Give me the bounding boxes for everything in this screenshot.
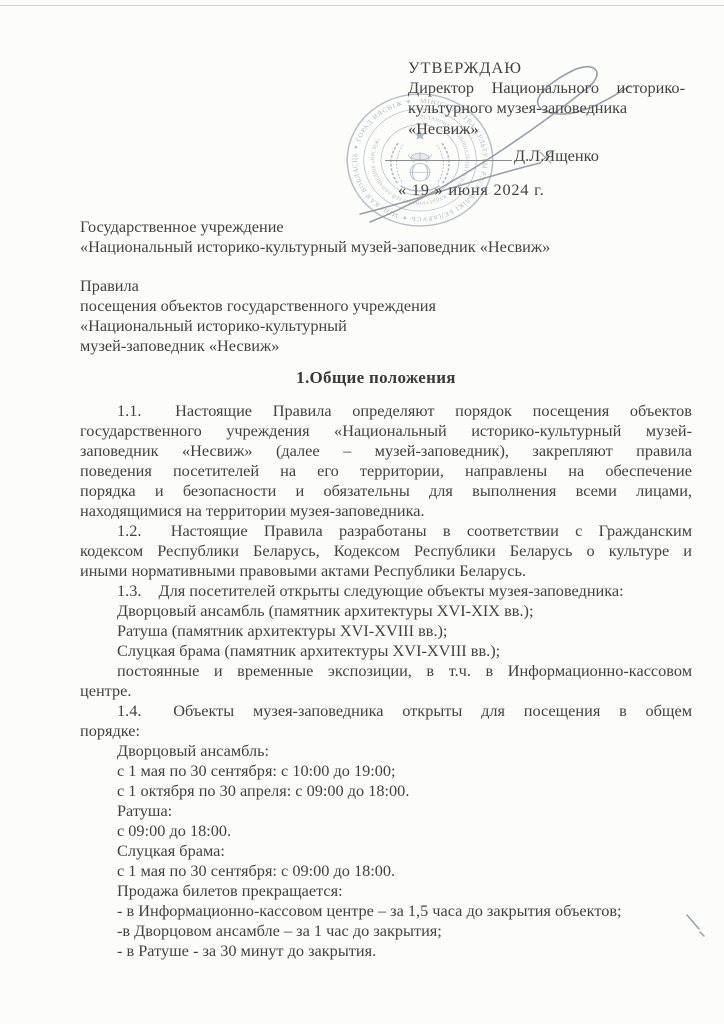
approval-block: УТВЕРЖДАЮ Директор Национального историк… bbox=[408, 58, 685, 200]
signer-name: Д.Л.Ященко bbox=[514, 146, 599, 165]
paragraph-1-1-line: 1.1. Настоящие Правила определяют порядо… bbox=[80, 401, 692, 421]
doc-title-line-1: Правила bbox=[80, 276, 692, 296]
paragraph-1-3-line: 1.3. Для посетителей открыты следующие о… bbox=[80, 581, 692, 601]
paragraph-text: Настоящие Правила определяют порядок пос… bbox=[175, 401, 692, 420]
paragraph-1-1-line: поведения посетителей на его территории,… bbox=[80, 461, 692, 481]
section-heading: 1.Общие положения bbox=[60, 368, 692, 387]
object-list-item: Ратуша (памятник архитектуры XVI-XVIII в… bbox=[80, 621, 692, 641]
scanned-document-page: МІНІСТЭРСТВА КУЛЬТУРЫ РЭСПУБЛІКІ БЕЛАРУС… bbox=[0, 0, 724, 1024]
document-title-block: Правила посещения объектов государственн… bbox=[80, 276, 692, 356]
org-line-2: «Национальный историко-культурный музей-… bbox=[80, 237, 692, 257]
paragraph-number: 1.4. bbox=[117, 701, 141, 720]
paragraph-1-2-line: 1.2. Настоящие Правила разработаны в соо… bbox=[80, 521, 692, 541]
schedule-line: Слуцкая брама: bbox=[80, 841, 692, 861]
schedule-line: - в Информационно-кассовом центре – за 1… bbox=[80, 901, 692, 921]
schedule-line: Продажа билетов прекращается: bbox=[80, 881, 692, 901]
paragraph-text: Настоящие Правила разработаны в соответс… bbox=[171, 521, 692, 540]
approval-title: УТВЕРЖДАЮ bbox=[408, 58, 685, 78]
doc-title-line-4: музей-заповедник «Несвиж» bbox=[80, 336, 692, 356]
schedule-line: с 1 мая по 30 сентября: с 09:00 до 18:00… bbox=[80, 861, 692, 881]
section-general-provisions: 1.Общие положения 1.1. Настоящие Правила… bbox=[80, 368, 692, 961]
schedule-line: с 1 мая по 30 сентября: с 10:00 до 19:00… bbox=[80, 761, 692, 781]
schedule-line: с 1 октября по 30 апреля: с 09:00 до 18:… bbox=[80, 781, 692, 801]
paragraph-1-1-line: заповедник «Несвиж» (далее – музей-запов… bbox=[80, 441, 692, 461]
approval-role-line-1: Директор Национального историко- bbox=[408, 78, 685, 98]
signature-row: Д.Л.Ященко bbox=[385, 145, 685, 166]
paragraph-1-1-line: порядка и безопасности и обязательны для… bbox=[80, 481, 692, 501]
paragraph-1-2-line: иными нормативными правовыми актами Респ… bbox=[80, 561, 692, 581]
signature-line bbox=[385, 145, 512, 161]
object-list-item: постоянные и временные экспозиции, в т.ч… bbox=[80, 661, 692, 681]
scan-artifact-line bbox=[0, 5, 724, 6]
org-line-1: Государственное учреждение bbox=[80, 217, 692, 237]
object-list-item: Слуцкая брама (памятник архитектуры XVI-… bbox=[80, 641, 692, 661]
approval-date: « 19 » июня 2024 г. bbox=[398, 180, 685, 200]
paragraph-1-4-continuation: порядке: bbox=[80, 721, 692, 741]
organization-block: Государственное учреждение «Национальный… bbox=[80, 217, 692, 257]
approval-role-line-2: культурного музея-заповедника bbox=[408, 98, 685, 118]
object-list-item-continuation: центре. bbox=[80, 681, 692, 701]
schedule-line: - в Ратуше - за 30 минут до закрытия. bbox=[80, 941, 692, 961]
doc-title-line-2: посещения объектов государственного учре… bbox=[80, 296, 692, 316]
paragraph-number: 1.1. bbox=[117, 401, 141, 420]
doc-title-line-3: «Национальный историко-культурный bbox=[80, 316, 692, 336]
schedule-line: Дворцовый ансамбль: bbox=[80, 741, 692, 761]
paragraph-1-2-line: кодексом Республики Беларусь, Кодексом Р… bbox=[80, 541, 692, 561]
paragraph-1-4-line: 1.4. Объекты музея-заповедника открыты д… bbox=[80, 701, 692, 721]
approval-role-line-3: «Несвиж» bbox=[408, 119, 685, 139]
object-list-item: Дворцовый ансамбль (памятник архитектуры… bbox=[80, 601, 692, 621]
schedule-line: с 09:00 до 18:00. bbox=[80, 821, 692, 841]
paragraph-number: 1.2. bbox=[117, 521, 141, 540]
paragraph-text: Для посетителей открыты следующие объект… bbox=[159, 581, 624, 600]
paragraph-1-1-line: государственного учреждения «Национальны… bbox=[80, 421, 692, 441]
schedule-line: -в Дворцовом ансамбле – за 1 час до закр… bbox=[80, 921, 692, 941]
paragraph-1-1-line: находящимися на территории музея-заповед… bbox=[80, 501, 692, 521]
schedule-line: Ратуша: bbox=[80, 801, 692, 821]
paragraph-text: Объекты музея-заповедника открыты для по… bbox=[173, 701, 692, 720]
paragraph-number: 1.3. bbox=[117, 581, 141, 600]
